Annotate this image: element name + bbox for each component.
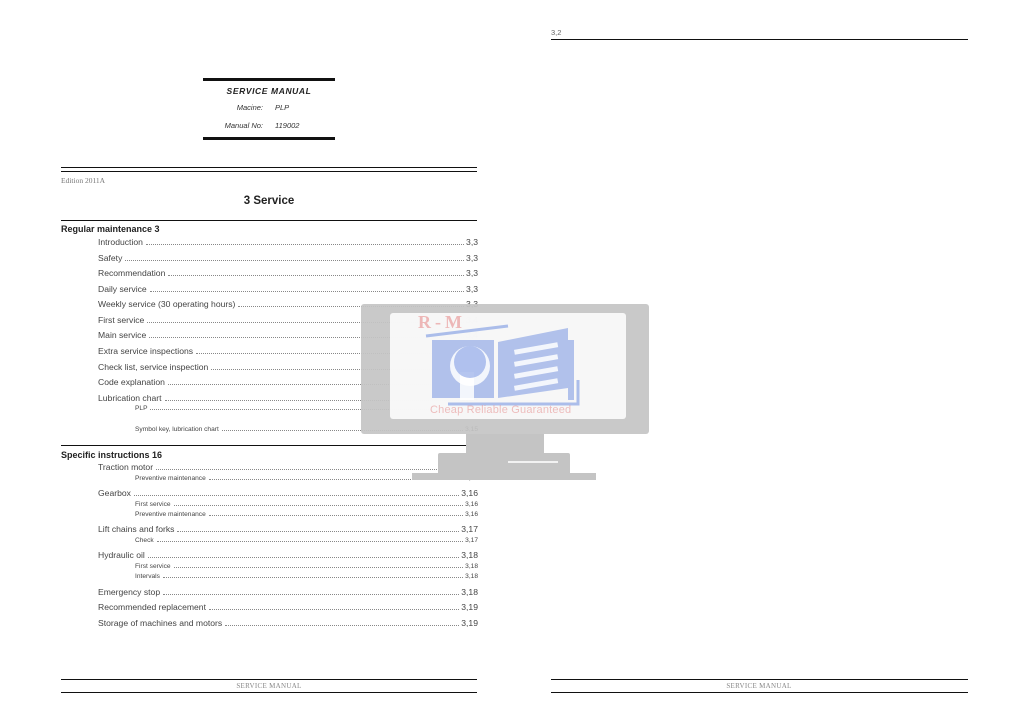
toc-entry-title: Main service: [98, 330, 149, 340]
toc-entry[interactable]: Emergency stop3,18: [98, 587, 478, 597]
watermark-monitor-neck: [466, 434, 544, 454]
toc-entry[interactable]: Preventive maintenance3,16: [135, 511, 478, 518]
toc-entry[interactable]: First service3,18: [135, 563, 478, 570]
toc-entry-page: 3,3: [464, 237, 478, 247]
toc-entry-title: Lubrication chart: [98, 393, 165, 403]
divider: [61, 167, 477, 168]
machine-value: PLP: [275, 103, 289, 112]
toc-entry-title: Intervals: [135, 573, 163, 580]
toc-entry-page: 3,18: [459, 550, 478, 560]
dot-leader: [177, 531, 459, 532]
dot-leader: [148, 557, 459, 558]
toc-entry-page: 3,18: [463, 573, 478, 580]
toc-entry[interactable]: Recommendation3,3: [98, 268, 478, 278]
toc-entry-page: 3,16: [463, 511, 478, 518]
toc-entry-page: 3,17: [459, 524, 478, 534]
toc-entry-title: Daily service: [98, 284, 150, 294]
watermark-base-line: [508, 461, 558, 463]
footer-divider: [551, 692, 968, 693]
toc-entry[interactable]: Traction motor3,16: [98, 462, 478, 472]
manual-no-label: Manual No:: [225, 121, 263, 130]
toc-entry[interactable]: Lift chains and forks3,17: [98, 524, 478, 534]
toc-entry-title: Introduction: [98, 237, 146, 247]
toc-entry-page: 3,17: [463, 537, 478, 544]
toc-entry[interactable]: Daily service3,3: [98, 284, 478, 294]
toc-entry-title: First service: [135, 563, 174, 570]
toc-entry-title: Preventive maintenance: [135, 511, 209, 518]
dot-leader: [157, 541, 463, 542]
dot-leader: [134, 495, 459, 496]
toc-entry-title: First service: [98, 315, 147, 325]
dot-leader: [168, 275, 464, 276]
toc-entry-title: Symbol key, lubrication chart: [135, 426, 222, 433]
toc-entry[interactable]: Check3,17: [135, 537, 478, 544]
watermark-tagline: Cheap Reliable Guaranteed: [430, 404, 571, 416]
toc-entry-title: Emergency stop: [98, 587, 163, 597]
dot-leader: [125, 260, 464, 261]
toc-entry-title: Recommendation: [98, 268, 168, 278]
toc-entry-title: Lift chains and forks: [98, 524, 177, 534]
watermark-monitor-foot: [412, 473, 596, 480]
toc-entry[interactable]: Gearbox3,16: [98, 488, 478, 498]
dot-leader: [146, 244, 464, 245]
footer-text: SERVICE MANUAL: [551, 682, 967, 690]
footer-divider: [61, 679, 477, 680]
toc-entry-page: 3,18: [459, 587, 478, 597]
toc-entry-title: Check list, service inspection: [98, 362, 211, 372]
dot-leader: [209, 609, 459, 610]
toc-entry[interactable]: Storage of machines and motors3,19: [98, 618, 478, 628]
toc-entry-page: 3,3: [464, 284, 478, 294]
chapter-title: 3 Service: [61, 195, 477, 207]
dot-leader: [174, 567, 464, 568]
edition-label: Edition 2011A: [61, 176, 105, 185]
footer-divider: [551, 679, 968, 680]
toc-entry-page: 3,3: [464, 268, 478, 278]
toc-entry-page: 3,19: [459, 618, 478, 628]
toc-section-heading: Regular maintenance 3: [61, 224, 160, 234]
dot-leader: [163, 594, 459, 595]
toc-entry-title: Check: [135, 537, 157, 544]
toc-entry[interactable]: Recommended replacement3,19: [98, 602, 478, 612]
dot-leader: [163, 577, 463, 578]
dot-leader: [225, 625, 459, 626]
label-box-title: SERVICE MANUAL: [203, 86, 335, 96]
toc-entry-page: 3,16: [463, 501, 478, 508]
service-manual-label-box: SERVICE MANUAL Macine: PLP Manual No: 11…: [203, 78, 335, 140]
toc-entry-title: Storage of machines and motors: [98, 618, 225, 628]
divider: [61, 171, 477, 172]
toc-entry[interactable]: First service3,16: [135, 501, 478, 508]
toc-entry-title: Recommended replacement: [98, 602, 209, 612]
toc-entry[interactable]: Hydraulic oil3,18: [98, 550, 478, 560]
footer-divider: [61, 692, 477, 693]
toc-entry-title: Extra service inspections: [98, 346, 196, 356]
page-number: 3,2: [551, 28, 561, 37]
watermark-logo-text: R-M: [418, 312, 466, 333]
dot-leader: [209, 515, 463, 516]
divider: [61, 445, 477, 446]
toc-entry-title: First service: [135, 501, 174, 508]
header-divider: [551, 39, 968, 40]
toc-entry-title: Safety: [98, 253, 125, 263]
toc-entry-title: Weekly service (30 operating hours): [98, 299, 238, 309]
dot-leader: [150, 291, 464, 292]
toc-entry-title: Code explanation: [98, 377, 168, 387]
dot-leader: [156, 469, 459, 470]
toc-entry[interactable]: Intervals3,18: [135, 573, 478, 580]
toc-entry[interactable]: Introduction3,3: [98, 237, 478, 247]
watermark-monitor-base: [438, 453, 570, 475]
toc-entry[interactable]: Safety3,3: [98, 253, 478, 263]
manual-no-value: 119002: [275, 121, 299, 130]
toc-entry-title: Preventive maintenance: [135, 475, 209, 482]
toc-entry-page: 3,16: [459, 488, 478, 498]
toc-entry-page: 3,18: [463, 563, 478, 570]
divider: [61, 220, 477, 221]
toc-entry-title: Hydraulic oil: [98, 550, 148, 560]
toc-entry-title: Gearbox: [98, 488, 134, 498]
machine-label: Macine:: [237, 103, 263, 112]
toc-entry-title: PLP: [135, 405, 150, 412]
toc-entry-page: 3,3: [464, 253, 478, 263]
toc-section-heading: Specific instructions 16: [61, 450, 162, 460]
toc-entry-title: Traction motor: [98, 462, 156, 472]
toc-entry-page: 3,19: [459, 602, 478, 612]
footer-text: SERVICE MANUAL: [61, 682, 477, 690]
dot-leader: [174, 505, 464, 506]
